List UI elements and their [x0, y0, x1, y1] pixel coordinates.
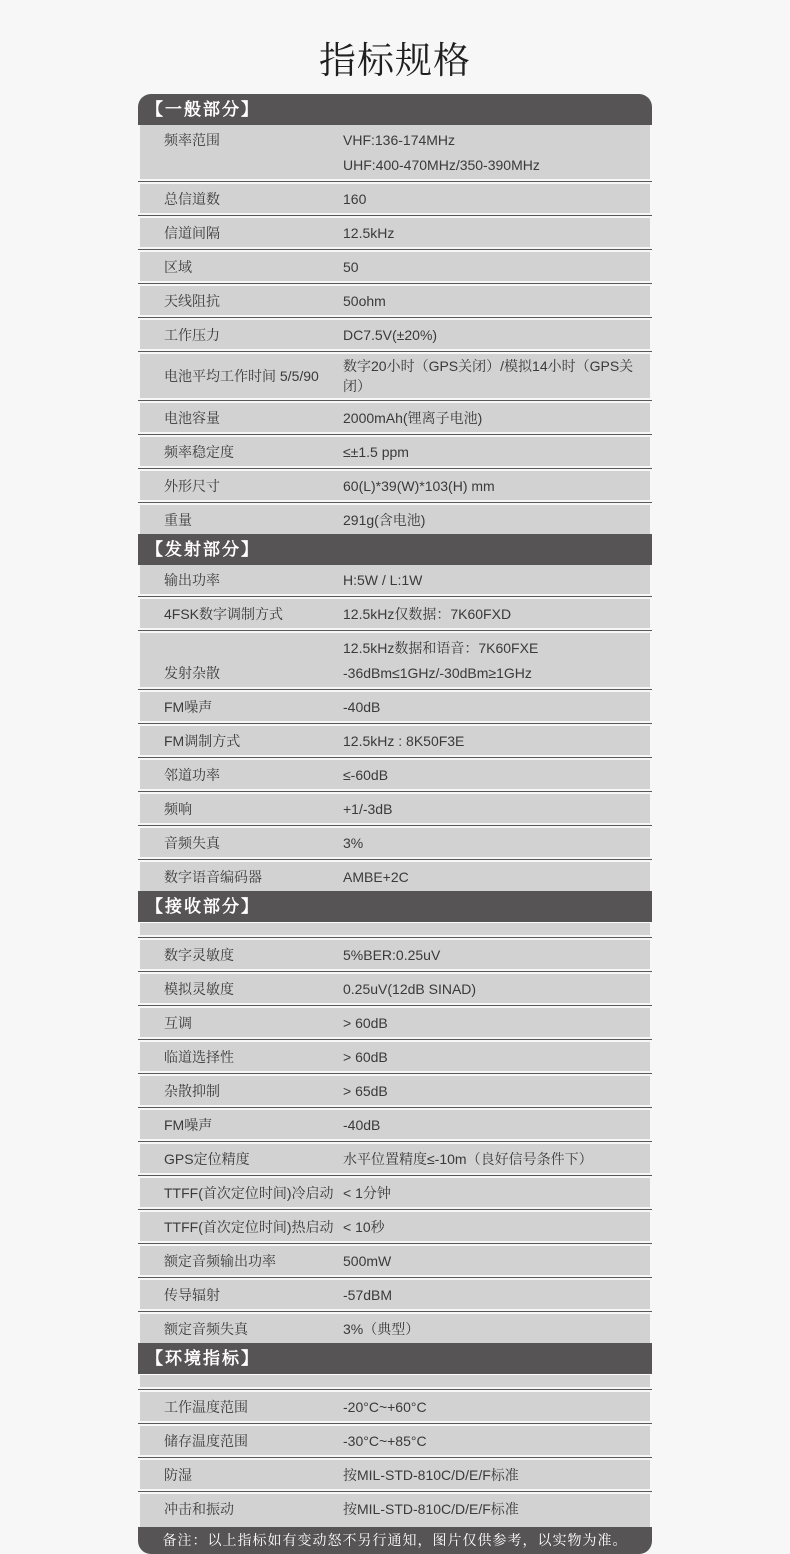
- spec-label: 额定音频失真: [140, 1319, 343, 1339]
- spec-row: 互调> 60dB: [140, 1008, 650, 1037]
- spec-label: 电池平均工作时间 5/5/90: [140, 366, 343, 386]
- spec-row: FM噪声-40dB: [140, 1110, 650, 1139]
- spec-value: > 60dB: [343, 1049, 650, 1065]
- spec-value: UHF:400-470MHz/350-390MHz: [343, 157, 650, 173]
- section-rows: 工作温度范围-20°C~+60°C储存温度范围-30°C~+85°C防湿按MIL…: [140, 1374, 650, 1523]
- spec-label: 重量: [140, 510, 343, 530]
- spec-section: 【接收部分】数字灵敏度5%BER:0.25uV模拟灵敏度0.25uV(12dB …: [138, 891, 652, 1343]
- row-divider: [140, 247, 650, 252]
- row-divider: [140, 500, 650, 505]
- row-divider: [140, 281, 650, 286]
- spec-label: 邻道功率: [140, 765, 343, 785]
- spec-value: -30°C~+85°C: [343, 1433, 650, 1449]
- spec-label: 电池容量: [140, 408, 343, 428]
- spec-line: 邻道功率≤-60dB: [140, 762, 650, 787]
- spec-value: 12.5kHz: [343, 225, 650, 241]
- spec-row: 频响+1/-3dB: [140, 794, 650, 823]
- spec-label: 工作温度范围: [140, 1397, 343, 1417]
- row-divider: [140, 1139, 650, 1144]
- spec-label: 天线阻抗: [140, 291, 343, 311]
- spec-value: 291g(含电池): [343, 510, 650, 530]
- spec-label: 音频失真: [140, 833, 343, 853]
- row-divider: [140, 1489, 650, 1494]
- row-divider: [140, 969, 650, 974]
- spec-value: -57dBM: [343, 1287, 650, 1303]
- spec-value: 2000mAh(锂离子电池): [343, 408, 650, 428]
- spec-line: 信道间隔12.5kHz: [140, 220, 650, 245]
- row-divider: [140, 1241, 650, 1246]
- row-divider: [140, 823, 650, 828]
- spec-line: GPS定位精度水平位置精度≤-10m（良好信号条件下）: [140, 1146, 650, 1171]
- row-divider: [140, 1275, 650, 1280]
- spec-label: 工作压力: [140, 325, 343, 345]
- spec-row: 防湿按MIL-STD-810C/D/E/F标准: [140, 1460, 650, 1489]
- spec-label: TTFF(首次定位时间)热启动: [140, 1217, 343, 1237]
- spec-row: 重量291g(含电池): [140, 505, 650, 534]
- spec-line: 工作压力DC7.5V(±20%): [140, 322, 650, 347]
- footer-note-bar: 备注：以上指标如有变动怒不另行通知，图片仅供参考，以实物为准。: [138, 1527, 652, 1554]
- spec-row: FM噪声-40dB: [140, 692, 650, 721]
- row-divider: [140, 466, 650, 471]
- spec-value: < 10秒: [343, 1217, 650, 1237]
- spec-line: 重量291g(含电池): [140, 507, 650, 532]
- row-divider: [140, 755, 650, 760]
- spec-row: 12.5kHz数据和语音：7K60FXE发射杂散-36dBm≤1GHz/-30d…: [140, 633, 650, 687]
- spec-row: 数字灵敏度5%BER:0.25uV: [140, 940, 650, 969]
- spec-label: 外形尺寸: [140, 476, 343, 496]
- spec-section: 【环境指标】工作温度范围-20°C~+60°C储存温度范围-30°C~+85°C…: [138, 1343, 652, 1523]
- spec-row: 4FSK数字调制方式12.5kHz仅数据：7K60FXD: [140, 599, 650, 628]
- spec-value: AMBE+2C: [343, 869, 650, 885]
- spec-row: 区域50: [140, 252, 650, 281]
- spec-row: 邻道功率≤-60dB: [140, 760, 650, 789]
- row-divider: [140, 721, 650, 726]
- spec-sections: 【一般部分】频率范围VHF:136-174MHzUHF:400-470MHz/3…: [138, 94, 652, 1523]
- spec-value: 3%（典型）: [343, 1319, 650, 1339]
- footer-note: 备注：以上指标如有变动怒不另行通知，图片仅供参考，以实物为准。: [163, 1532, 628, 1548]
- spec-line: FM噪声-40dB: [140, 1112, 650, 1137]
- row-divider: [140, 1037, 650, 1042]
- spec-row: 储存温度范围-30°C~+85°C: [140, 1426, 650, 1455]
- page-title: 指标规格: [0, 0, 790, 78]
- spec-line: TTFF(首次定位时间)冷启动< 1分钟: [140, 1180, 650, 1205]
- spec-line: 发射杂散-36dBm≤1GHz/-30dBm≥1GHz: [140, 660, 650, 685]
- spec-label: 临道选择性: [140, 1047, 343, 1067]
- section-header: 【环境指标】: [138, 1343, 652, 1374]
- spec-row: 临道选择性> 60dB: [140, 1042, 650, 1071]
- row-divider: [140, 1003, 650, 1008]
- spec-value: 500mW: [343, 1253, 650, 1269]
- spec-value: 按MIL-STD-810C/D/E/F标准: [343, 1499, 650, 1519]
- spec-line: 互调> 60dB: [140, 1010, 650, 1035]
- spec-value: 50: [343, 259, 650, 275]
- spec-row: FM调制方式12.5kHz : 8K50F3E: [140, 726, 650, 755]
- section-spacer: [140, 922, 650, 935]
- spec-value: H:5W / L:1W: [343, 572, 650, 588]
- spec-line: 传导辐射-57dBM: [140, 1282, 650, 1307]
- spec-label: 储存温度范围: [140, 1431, 343, 1451]
- spec-label: 发射杂散: [140, 663, 343, 683]
- spec-value: > 60dB: [343, 1015, 650, 1031]
- spec-label: FM噪声: [140, 1115, 343, 1135]
- spec-value: ≤±1.5 ppm: [343, 444, 650, 460]
- spec-value: 数字20小时（GPS关闭）/模拟14小时（GPS关闭）: [343, 356, 650, 396]
- spec-label: 模拟灵敏度: [140, 979, 343, 999]
- spec-row: 冲击和振动按MIL-STD-810C/D/E/F标准: [140, 1494, 650, 1523]
- spec-value: > 65dB: [343, 1083, 650, 1099]
- row-divider: [140, 179, 650, 184]
- row-divider: [140, 1421, 650, 1426]
- spec-line: FM调制方式12.5kHz : 8K50F3E: [140, 728, 650, 753]
- spec-line: 频率稳定度≤±1.5 ppm: [140, 439, 650, 464]
- spec-value: VHF:136-174MHz: [343, 132, 650, 148]
- spec-value: 60(L)*39(W)*103(H) mm: [343, 478, 650, 494]
- spec-row: 工作压力DC7.5V(±20%): [140, 320, 650, 349]
- spec-value: -40dB: [343, 1117, 650, 1133]
- spec-line: 电池容量2000mAh(锂离子电池): [140, 405, 650, 430]
- spec-line: 数字灵敏度5%BER:0.25uV: [140, 942, 650, 967]
- spec-line: 杂散抑制> 65dB: [140, 1078, 650, 1103]
- spec-line: 频响+1/-3dB: [140, 796, 650, 821]
- spec-row: 总信道数160: [140, 184, 650, 213]
- spec-section: 【发射部分】输出功率H:5W / L:1W4FSK数字调制方式12.5kHz仅数…: [138, 534, 652, 891]
- row-divider: [140, 432, 650, 437]
- spec-line: 额定音频失真3%（典型）: [140, 1316, 650, 1341]
- spec-line: UHF:400-470MHz/350-390MHz: [140, 152, 650, 177]
- row-divider: [140, 594, 650, 599]
- spec-label: 额定音频输出功率: [140, 1251, 343, 1271]
- spec-label: 互调: [140, 1013, 343, 1033]
- spec-label: 防湿: [140, 1465, 343, 1485]
- spec-line: 工作温度范围-20°C~+60°C: [140, 1394, 650, 1419]
- spec-line: 音频失真3%: [140, 830, 650, 855]
- row-divider: [140, 398, 650, 403]
- spec-label: 频率范围: [140, 130, 343, 150]
- spec-label: TTFF(首次定位时间)冷启动: [140, 1183, 343, 1203]
- spec-row: GPS定位精度水平位置精度≤-10m（良好信号条件下）: [140, 1144, 650, 1173]
- spec-line: 防湿按MIL-STD-810C/D/E/F标准: [140, 1462, 650, 1487]
- spec-label: FM调制方式: [140, 731, 343, 751]
- spec-label: 冲击和振动: [140, 1499, 343, 1519]
- section-header: 【一般部分】: [138, 94, 652, 125]
- spec-label: 4FSK数字调制方式: [140, 604, 343, 624]
- section-header: 【接收部分】: [138, 891, 652, 922]
- spec-row: 数字语音编码器AMBE+2C: [140, 862, 650, 891]
- spec-label: 总信道数: [140, 189, 343, 209]
- spec-line: 额定音频输出功率500mW: [140, 1248, 650, 1273]
- spec-row: 工作温度范围-20°C~+60°C: [140, 1392, 650, 1421]
- spec-value: 水平位置精度≤-10m（良好信号条件下）: [343, 1149, 650, 1169]
- spec-label: GPS定位精度: [140, 1149, 343, 1169]
- spec-line: 4FSK数字调制方式12.5kHz仅数据：7K60FXD: [140, 601, 650, 626]
- spec-row: 音频失真3%: [140, 828, 650, 857]
- spec-row: 传导辐射-57dBM: [140, 1280, 650, 1309]
- row-divider: [140, 1207, 650, 1212]
- row-divider: [140, 687, 650, 692]
- spec-label: 传导辐射: [140, 1285, 343, 1305]
- spec-value: -20°C~+60°C: [343, 1399, 650, 1415]
- spec-row: TTFF(首次定位时间)热启动< 10秒: [140, 1212, 650, 1241]
- spec-value: +1/-3dB: [343, 801, 650, 817]
- row-divider: [140, 213, 650, 218]
- spec-value: 按MIL-STD-810C/D/E/F标准: [343, 1465, 650, 1485]
- spec-row: 天线阻抗50ohm: [140, 286, 650, 315]
- spec-line: 输出功率H:5W / L:1W: [140, 567, 650, 592]
- spec-row: 杂散抑制> 65dB: [140, 1076, 650, 1105]
- spec-row: 电池容量2000mAh(锂离子电池): [140, 403, 650, 432]
- spec-line: 储存温度范围-30°C~+85°C: [140, 1428, 650, 1453]
- spec-label: 信道间隔: [140, 223, 343, 243]
- spec-label: 频响: [140, 799, 343, 819]
- spec-value: -36dBm≤1GHz/-30dBm≥1GHz: [343, 665, 650, 681]
- spec-line: 冲击和振动按MIL-STD-810C/D/E/F标准: [140, 1496, 650, 1521]
- spec-line: 模拟灵敏度0.25uV(12dB SINAD): [140, 976, 650, 1001]
- row-divider: [140, 1105, 650, 1110]
- spec-row: 额定音频输出功率500mW: [140, 1246, 650, 1275]
- row-divider: [140, 935, 650, 940]
- spec-section: 【一般部分】频率范围VHF:136-174MHzUHF:400-470MHz/3…: [138, 94, 652, 534]
- row-divider: [140, 1071, 650, 1076]
- section-rows: 数字灵敏度5%BER:0.25uV模拟灵敏度0.25uV(12dB SINAD)…: [140, 922, 650, 1343]
- spec-value: 12.5kHz数据和语音：7K60FXE: [343, 638, 650, 658]
- section-rows: 输出功率H:5W / L:1W4FSK数字调制方式12.5kHz仅数据：7K60…: [140, 565, 650, 891]
- spec-row: TTFF(首次定位时间)冷启动< 1分钟: [140, 1178, 650, 1207]
- spec-value: -40dB: [343, 699, 650, 715]
- spec-line: FM噪声-40dB: [140, 694, 650, 719]
- spec-label: FM噪声: [140, 697, 343, 717]
- row-divider: [140, 857, 650, 862]
- spec-row: 外形尺寸60(L)*39(W)*103(H) mm: [140, 471, 650, 500]
- spec-line: TTFF(首次定位时间)热启动< 10秒: [140, 1214, 650, 1239]
- spec-row: 频率范围VHF:136-174MHzUHF:400-470MHz/350-390…: [140, 125, 650, 179]
- row-divider: [140, 628, 650, 633]
- spec-row: 频率稳定度≤±1.5 ppm: [140, 437, 650, 466]
- row-divider: [140, 1387, 650, 1392]
- row-divider: [140, 1455, 650, 1460]
- section-spacer: [140, 1374, 650, 1387]
- spec-table: 【一般部分】频率范围VHF:136-174MHzUHF:400-470MHz/3…: [138, 94, 652, 1554]
- row-divider: [140, 1309, 650, 1314]
- spec-line: 天线阻抗50ohm: [140, 288, 650, 313]
- spec-value: 5%BER:0.25uV: [343, 947, 650, 963]
- spec-line: 外形尺寸60(L)*39(W)*103(H) mm: [140, 473, 650, 498]
- spec-label: 数字语音编码器: [140, 867, 343, 887]
- spec-value: 12.5kHz : 8K50F3E: [343, 733, 650, 749]
- spec-row: 电池平均工作时间 5/5/90数字20小时（GPS关闭）/模拟14小时（GPS关…: [140, 354, 650, 398]
- row-divider: [140, 349, 650, 354]
- spec-value: 0.25uV(12dB SINAD): [343, 981, 650, 997]
- spec-line: 总信道数160: [140, 186, 650, 211]
- spec-row: 模拟灵敏度0.25uV(12dB SINAD): [140, 974, 650, 1003]
- spec-line: 临道选择性> 60dB: [140, 1044, 650, 1069]
- spec-label: 杂散抑制: [140, 1081, 343, 1101]
- spec-line: 电池平均工作时间 5/5/90数字20小时（GPS关闭）/模拟14小时（GPS关…: [140, 356, 650, 396]
- spec-row: 信道间隔12.5kHz: [140, 218, 650, 247]
- spec-value: 3%: [343, 835, 650, 851]
- spec-line: 数字语音编码器AMBE+2C: [140, 864, 650, 889]
- spec-line: 频率范围VHF:136-174MHz: [140, 127, 650, 152]
- spec-row: 输出功率H:5W / L:1W: [140, 565, 650, 594]
- row-divider: [140, 789, 650, 794]
- spec-value: 160: [343, 191, 650, 207]
- spec-line: 12.5kHz数据和语音：7K60FXE: [140, 635, 650, 660]
- section-header: 【发射部分】: [138, 534, 652, 565]
- row-divider: [140, 315, 650, 320]
- spec-row: 额定音频失真3%（典型）: [140, 1314, 650, 1343]
- spec-value: 12.5kHz仅数据：7K60FXD: [343, 604, 650, 624]
- spec-label: 数字灵敏度: [140, 945, 343, 965]
- spec-value: < 1分钟: [343, 1183, 650, 1203]
- spec-value: DC7.5V(±20%): [343, 327, 650, 343]
- section-rows: 频率范围VHF:136-174MHzUHF:400-470MHz/350-390…: [140, 125, 650, 534]
- spec-value: 50ohm: [343, 293, 650, 309]
- spec-label: 区域: [140, 257, 343, 277]
- spec-label: 输出功率: [140, 570, 343, 590]
- spec-value: ≤-60dB: [343, 767, 650, 783]
- row-divider: [140, 1173, 650, 1178]
- spec-line: 区域50: [140, 254, 650, 279]
- spec-label: 频率稳定度: [140, 442, 343, 462]
